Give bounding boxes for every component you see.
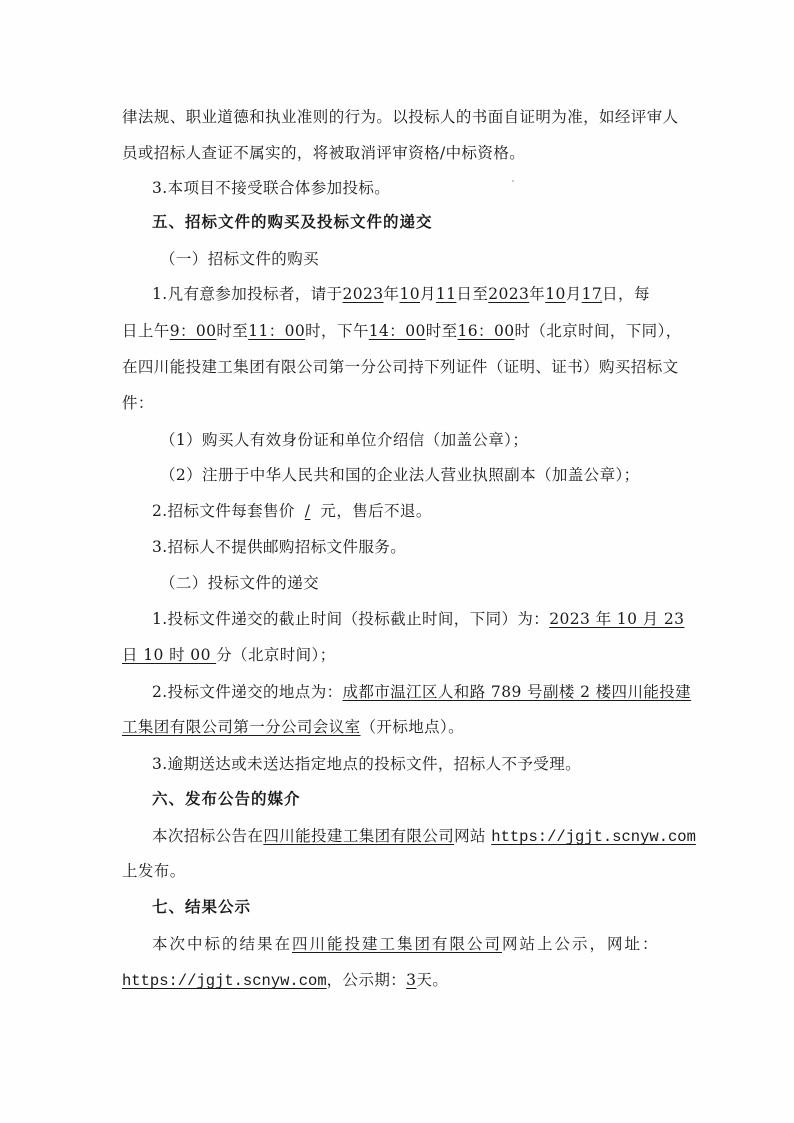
text: 日，每 bbox=[602, 285, 650, 303]
deadline-time: 日 10 时 00 bbox=[122, 646, 216, 664]
paragraph-line: 律法规、职业道德和执业准则的行为。以投标人的书面自证明为准，如经评审人 bbox=[122, 106, 674, 128]
publication-line-cont: 上发布。 bbox=[122, 860, 674, 882]
website-link[interactable]: https://jgjt.scnyw.com bbox=[491, 828, 696, 846]
price-line: 2.招标文件每套售价/元，售后不退。 bbox=[152, 500, 704, 522]
start-year: 2023 bbox=[343, 285, 384, 303]
scan-speck bbox=[512, 180, 514, 182]
paragraph-line: 件： bbox=[122, 392, 674, 414]
start-month: 10 bbox=[399, 285, 420, 303]
late-submission-line: 3.逾期送达或未送达指定地点的投标文件，招标人不予受理。 bbox=[152, 753, 704, 775]
deadline-line-cont: 日 10 时 00 分（北京时间）； bbox=[122, 644, 674, 666]
text: 2.投标文件递交的地点为： bbox=[152, 683, 343, 701]
scan-speck bbox=[600, 300, 602, 302]
text: 天。 bbox=[416, 971, 448, 989]
document-requirement-2: （2）注册于中华人民共和国的企业法人营业执照副本（加盖公章）； bbox=[160, 464, 712, 486]
company-name: 四川能投建工集团有限公司 bbox=[263, 827, 454, 845]
paragraph-line: 员或招标人查证不属实的，将被取消评审资格/中标资格。 bbox=[122, 142, 674, 164]
company-name: 四川能投建工集团有限公司 bbox=[292, 935, 502, 953]
location-line-cont: 工集团有限公司第一分公司会议室（开标地点）。 bbox=[122, 716, 674, 738]
text: 1.凡有意参加投标者，请于 bbox=[152, 285, 343, 303]
text: 本次中标的结果在 bbox=[152, 935, 292, 953]
text: 月 bbox=[566, 285, 582, 303]
section-6-heading: 六、发布公告的媒介 bbox=[152, 788, 704, 810]
text: 日至 bbox=[456, 285, 488, 303]
text: ，公示期： bbox=[327, 971, 407, 989]
end-year: 2023 bbox=[488, 285, 529, 303]
publication-line: 本次招标公告在四川能投建工集团有限公司网站 https://jgjt.scnyw… bbox=[152, 825, 704, 848]
text: 员或招标人查证不属实的，将被取消评审资格/中标资格。 bbox=[122, 144, 525, 162]
text: 2.招标文件每套售价 bbox=[152, 502, 295, 520]
text: 律法规、职业道德和执业准则的行为。以投标人的书面自证明为准，如经评审人 bbox=[122, 106, 679, 128]
result-line-cont: https://jgjt.scnyw.com，公示期：3天。 bbox=[122, 969, 674, 992]
text: 日上午 bbox=[122, 322, 170, 340]
paragraph-line: 在四川能投建工集团有限公司第一分公司持下列证件（证明、证书）购买招标文 bbox=[122, 356, 674, 378]
publicity-days: 3 bbox=[406, 971, 416, 989]
am-end: 11：00 bbox=[248, 322, 305, 340]
document-page: 律法规、职业道德和执业准则的行为。以投标人的书面自证明为准，如经评审人 员或招标… bbox=[0, 0, 794, 1123]
website-link[interactable]: https://jgjt.scnyw.com bbox=[122, 972, 327, 990]
subsection-2-heading: （二）投标文件的递交 bbox=[160, 572, 712, 594]
text: 月 bbox=[420, 285, 436, 303]
text: 时至 bbox=[216, 322, 248, 340]
location-room: 工集团有限公司第一分公司会议室 bbox=[122, 718, 361, 736]
text: 本次招标公告在 bbox=[152, 827, 263, 845]
start-day: 11 bbox=[436, 285, 457, 303]
purchase-period-line: 1.凡有意参加投标者，请于2023年10月11日至2023年10月17日，每 bbox=[152, 283, 674, 305]
text: 网站上公示，网址： bbox=[502, 935, 660, 953]
text: 年 bbox=[529, 285, 545, 303]
text: 时至 bbox=[426, 322, 458, 340]
purchase-hours-line: 日上午9：00时至11：00时，下午14：00时至16：00时（北京时间，下同）… bbox=[122, 320, 674, 342]
scan-speck bbox=[340, 445, 342, 447]
deadline-line: 1.投标文件递交的截止时间（投标截止时间，下同）为：2023 年 10 月 23 bbox=[152, 608, 704, 630]
section-7-heading: 七、结果公示 bbox=[152, 896, 704, 918]
deadline-date: 2023 年 10 月 23 bbox=[549, 610, 684, 628]
end-month: 10 bbox=[545, 285, 566, 303]
location-address: 成都市温江区人和路 789 号副楼 2 楼四川能投建 bbox=[343, 683, 692, 701]
price-value: / bbox=[295, 502, 321, 520]
text: 网站 bbox=[454, 827, 491, 845]
text: 时（北京时间，下同）， bbox=[514, 322, 681, 340]
pm-start: 14：00 bbox=[369, 322, 426, 340]
text: 元，售后不退。 bbox=[320, 502, 431, 520]
no-mail-order-line: 3.招标人不提供邮购招标文件服务。 bbox=[152, 536, 704, 558]
document-requirement-1: （1）购买人有效身份证和单位介绍信（加盖公章）； bbox=[160, 429, 712, 451]
am-start: 9：00 bbox=[170, 322, 217, 340]
pm-end: 16：00 bbox=[458, 322, 515, 340]
result-line: 本次中标的结果在四川能投建工集团有限公司网站上公示，网址： bbox=[152, 933, 704, 955]
text: 分（北京时间）； bbox=[216, 646, 335, 664]
subsection-1-heading: （一）招标文件的购买 bbox=[160, 248, 712, 270]
text: 时，下午 bbox=[305, 322, 369, 340]
location-line: 2.投标文件递交的地点为：成都市温江区人和路 789 号副楼 2 楼四川能投建 bbox=[152, 681, 704, 703]
consortium-clause: 3.本项目不接受联合体参加投标。 bbox=[152, 177, 704, 199]
text: （开标地点）。 bbox=[361, 718, 465, 736]
text: 年 bbox=[384, 285, 400, 303]
section-5-heading: 五、招标文件的购买及投标文件的递交 bbox=[152, 211, 704, 233]
text: 1.投标文件递交的截止时间（投标截止时间，下同）为： bbox=[152, 610, 549, 628]
